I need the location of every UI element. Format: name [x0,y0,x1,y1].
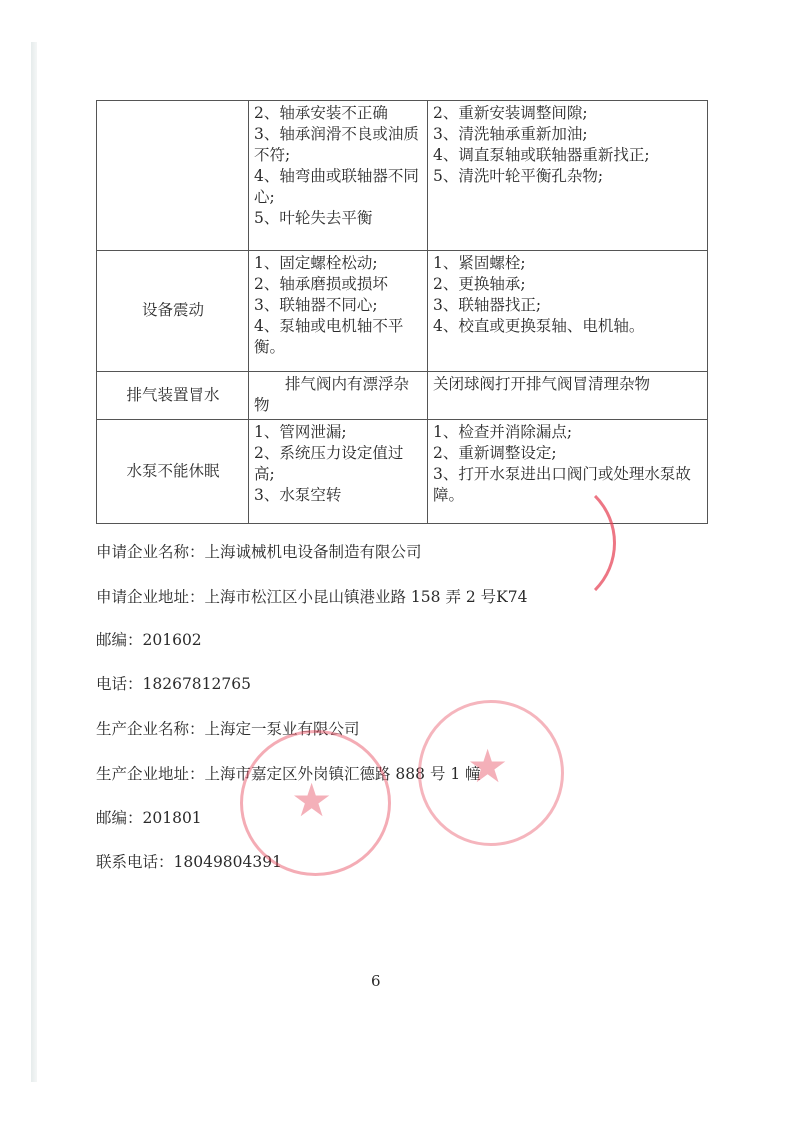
cause-item: 3、轴承润滑不良或油质不符; [254,124,423,166]
cause-item: 3、联轴器不同心; [254,295,423,316]
cause-item: 4、泵轴或电机轴不平衡。 [254,316,423,358]
remedy-item: 1、检查并消除漏点; [433,422,703,443]
producer-address: 生产企业地址：上海市嘉定区外岗镇汇德路 888 号 1 幢 [96,762,481,784]
remedy-item: 2、重新调整设定; [433,443,703,464]
scan-edge-mark [31,42,37,1082]
remedy-cell: 关闭球阀打开排气阀冒清理杂物 [428,372,708,420]
producer-phone: 联系电话：18049804391 [96,850,282,872]
producer-postcode: 邮编：201801 [96,806,202,828]
cause-item: 5、叶轮失去平衡 [254,208,423,229]
table-row: 水泵不能休眠 1、管网泄漏; 2、系统压力设定值过高; 3、水泵空转 1、检查并… [97,420,708,524]
cause-item: 4、轴弯曲或联轴器不同心; [254,166,423,208]
table-row: 2、轴承安装不正确 3、轴承润滑不良或油质不符; 4、轴弯曲或联轴器不同心; 5… [97,101,708,251]
applicant-phone: 电话：18267812765 [96,672,251,694]
table-row: 排气装置冒水 排气阀内有漂浮杂物 关闭球阀打开排气阀冒清理杂物 [97,372,708,420]
applicant-name: 申请企业名称：上海诚械机电设备制造有限公司 [96,540,422,562]
symptom-cell: 设备震动 [97,251,249,372]
applicant-address: 申请企业地址：上海市松江区小昆山镇港业路 158 弄 2 号K74 [96,585,527,607]
table-row: 设备震动 1、固定螺栓松动; 2、轴承磨损或损坏 3、联轴器不同心; 4、泵轴或… [97,251,708,372]
symptom-cell [97,101,249,251]
cause-item: 排气阀内有漂浮杂物 [254,374,423,416]
cause-item: 2、系统压力设定值过高; [254,443,423,485]
cause-item: 1、管网泄漏; [254,422,423,443]
remedy-item: 3、打开水泵进出口阀门或处理水泵故障。 [433,464,703,506]
symptom-cell: 水泵不能休眠 [97,420,249,524]
remedy-item: 1、紧固螺栓; [433,253,703,274]
cause-item: 3、水泵空转 [254,485,423,506]
cause-cell: 2、轴承安装不正确 3、轴承润滑不良或油质不符; 4、轴弯曲或联轴器不同心; 5… [249,101,428,251]
remedy-item: 3、联轴器找正; [433,295,703,316]
remedy-item: 2、更换轴承; [433,274,703,295]
remedy-cell: 2、重新安装调整间隙; 3、清洗轴承重新加油; 4、调直泵轴或联轴器重新找正; … [428,101,708,251]
remedy-item: 2、重新安装调整间隙; [433,103,703,124]
cause-cell: 1、管网泄漏; 2、系统压力设定值过高; 3、水泵空转 [249,420,428,524]
symptom-cell: 排气装置冒水 [97,372,249,420]
remedy-item: 5、清洗叶轮平衡孔杂物; [433,166,703,187]
remedy-item: 4、校直或更换泵轴、电机轴。 [433,316,703,337]
cause-item: 2、轴承安装不正确 [254,103,423,124]
producer-name: 生产企业名称：上海定一泵业有限公司 [96,717,360,739]
cause-cell: 1、固定螺栓松动; 2、轴承磨损或损坏 3、联轴器不同心; 4、泵轴或电机轴不平… [249,251,428,372]
cause-item: 1、固定螺栓松动; [254,253,423,274]
remedy-cell: 1、检查并消除漏点; 2、重新调整设定; 3、打开水泵进出口阀门或处理水泵故障。 [428,420,708,524]
applicant-postcode: 邮编：201602 [96,628,202,650]
page-number: 6 [371,972,381,990]
cause-cell: 排气阀内有漂浮杂物 [249,372,428,420]
cause-item: 2、轴承磨损或损坏 [254,274,423,295]
remedy-cell: 1、紧固螺栓; 2、更换轴承; 3、联轴器找正; 4、校直或更换泵轴、电机轴。 [428,251,708,372]
remedy-item: 3、清洗轴承重新加油; [433,124,703,145]
remedy-item: 4、调直泵轴或联轴器重新找正; [433,145,703,166]
troubleshooting-table: 2、轴承安装不正确 3、轴承润滑不良或油质不符; 4、轴弯曲或联轴器不同心; 5… [96,100,708,524]
remedy-item: 关闭球阀打开排气阀冒清理杂物 [433,374,703,395]
